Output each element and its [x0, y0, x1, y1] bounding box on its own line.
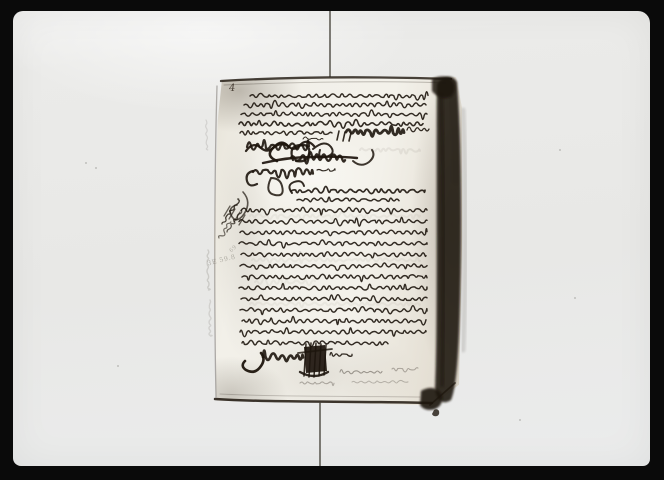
binding-thread-bottom — [319, 401, 321, 466]
manuscript-page: 4 — [214, 74, 462, 408]
folio-number: 4 — [229, 84, 236, 94]
microfilm-frame: 4 3E 59.8 69 — [0, 0, 664, 480]
binding-thread-top — [329, 11, 331, 79]
